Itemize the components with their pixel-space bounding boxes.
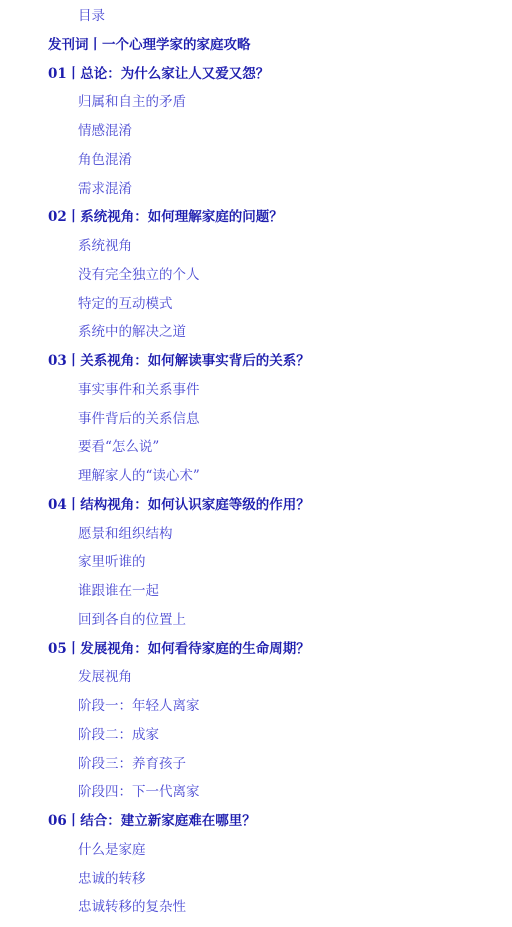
toc-section[interactable]: 没有完全独立的个人 — [0, 261, 512, 290]
toc-section[interactable]: 阶段三：养育孩子 — [0, 750, 512, 779]
toc-link[interactable]: 理解家人的“读心术” — [78, 468, 200, 484]
toc-section[interactable]: 阶段四：下一代离家 — [0, 778, 512, 807]
toc-link[interactable]: 事实事件和关系事件 — [78, 382, 200, 398]
toc-chapter-06[interactable]: 06丨结合：建立新家庭难在哪里？ — [0, 807, 512, 836]
toc-section[interactable]: 需求混淆 — [0, 175, 512, 204]
toc-chapter-05[interactable]: 05丨发展视角：如何看待家庭的生命周期？ — [0, 635, 512, 664]
toc-section[interactable]: 忠诚的转移 — [0, 865, 512, 894]
toc-link[interactable]: 05丨发展视角：如何看待家庭的生命周期？ — [48, 641, 310, 657]
toc-link[interactable]: 阶段四：下一代离家 — [78, 784, 200, 800]
toc-link[interactable]: 角色混淆 — [78, 152, 132, 168]
toc-section[interactable]: 角色混淆 — [0, 146, 512, 175]
toc-section[interactable]: 发展视角 — [0, 663, 512, 692]
toc-link[interactable]: 阶段二：成家 — [78, 727, 159, 743]
toc-link[interactable]: 特定的互动模式 — [78, 296, 173, 312]
toc-link[interactable]: 归属和自主的矛盾 — [78, 94, 186, 110]
toc-link[interactable]: 系统中的解决之道 — [78, 324, 186, 340]
toc-link[interactable]: 04丨结构视角：如何认识家庭等级的作用？ — [48, 497, 310, 513]
toc-link[interactable]: 02丨系统视角：如何理解家庭的问题？ — [48, 209, 283, 225]
toc-title-text: 目录 — [78, 8, 105, 24]
toc-link[interactable]: 阶段三：养育孩子 — [78, 756, 186, 772]
toc-link[interactable]: 要看“怎么说” — [78, 439, 159, 455]
toc-link[interactable]: 忠诚的转移 — [78, 871, 146, 887]
toc-section[interactable]: 事件背后的关系信息 — [0, 405, 512, 434]
toc-section[interactable]: 事实事件和关系事件 — [0, 376, 512, 405]
toc-section[interactable]: 愿景和组织结构 — [0, 520, 512, 549]
toc-section[interactable]: 情感混淆 — [0, 117, 512, 146]
toc-section[interactable]: 特定的互动模式 — [0, 290, 512, 319]
toc-link[interactable]: 03丨关系视角：如何解读事实背后的关系？ — [48, 353, 310, 369]
toc-link[interactable]: 什么是家庭 — [78, 842, 146, 858]
toc-section[interactable]: 系统中的解决之道 — [0, 318, 512, 347]
toc-link[interactable]: 01丨总论：为什么家让人又爱又怨？ — [48, 66, 269, 82]
toc-link[interactable]: 发刊词丨一个心理学家的家庭攻略 — [48, 37, 251, 53]
toc-link[interactable]: 需求混淆 — [78, 181, 132, 197]
toc-title: 目录 — [0, 2, 512, 31]
table-of-contents: 目录 发刊词丨一个心理学家的家庭攻略 01丨总论：为什么家让人又爱又怨？ 归属和… — [0, 2, 512, 922]
toc-section[interactable]: 阶段二：成家 — [0, 721, 512, 750]
toc-section[interactable]: 阶段一：年轻人离家 — [0, 692, 512, 721]
toc-link[interactable]: 没有完全独立的个人 — [78, 267, 200, 283]
toc-chapter-01[interactable]: 01丨总论：为什么家让人又爱又怨？ — [0, 60, 512, 89]
toc-link[interactable]: 发展视角 — [78, 669, 132, 685]
toc-chapter-preface[interactable]: 发刊词丨一个心理学家的家庭攻略 — [0, 31, 512, 60]
toc-link[interactable]: 情感混淆 — [78, 123, 132, 139]
toc-section[interactable]: 忠诚转移的复杂性 — [0, 893, 512, 922]
toc-link[interactable]: 忠诚转移的复杂性 — [78, 899, 186, 915]
toc-section[interactable]: 家里听谁的 — [0, 548, 512, 577]
toc-section[interactable]: 系统视角 — [0, 232, 512, 261]
toc-chapter-04[interactable]: 04丨结构视角：如何认识家庭等级的作用？ — [0, 491, 512, 520]
toc-link[interactable]: 阶段一：年轻人离家 — [78, 698, 200, 714]
toc-section[interactable]: 归属和自主的矛盾 — [0, 88, 512, 117]
toc-link[interactable]: 家里听谁的 — [78, 554, 146, 570]
toc-link[interactable]: 系统视角 — [78, 238, 132, 254]
toc-link[interactable]: 愿景和组织结构 — [78, 526, 173, 542]
toc-section[interactable]: 理解家人的“读心术” — [0, 462, 512, 491]
toc-link[interactable]: 谁跟谁在一起 — [78, 583, 159, 599]
toc-link[interactable]: 回到各自的位置上 — [78, 612, 186, 628]
toc-section[interactable]: 要看“怎么说” — [0, 433, 512, 462]
toc-section[interactable]: 谁跟谁在一起 — [0, 577, 512, 606]
toc-section[interactable]: 什么是家庭 — [0, 836, 512, 865]
toc-section[interactable]: 回到各自的位置上 — [0, 606, 512, 635]
toc-chapter-03[interactable]: 03丨关系视角：如何解读事实背后的关系？ — [0, 347, 512, 376]
toc-link[interactable]: 06丨结合：建立新家庭难在哪里？ — [48, 813, 256, 829]
toc-link[interactable]: 事件背后的关系信息 — [78, 411, 200, 427]
toc-chapter-02[interactable]: 02丨系统视角：如何理解家庭的问题？ — [0, 203, 512, 232]
